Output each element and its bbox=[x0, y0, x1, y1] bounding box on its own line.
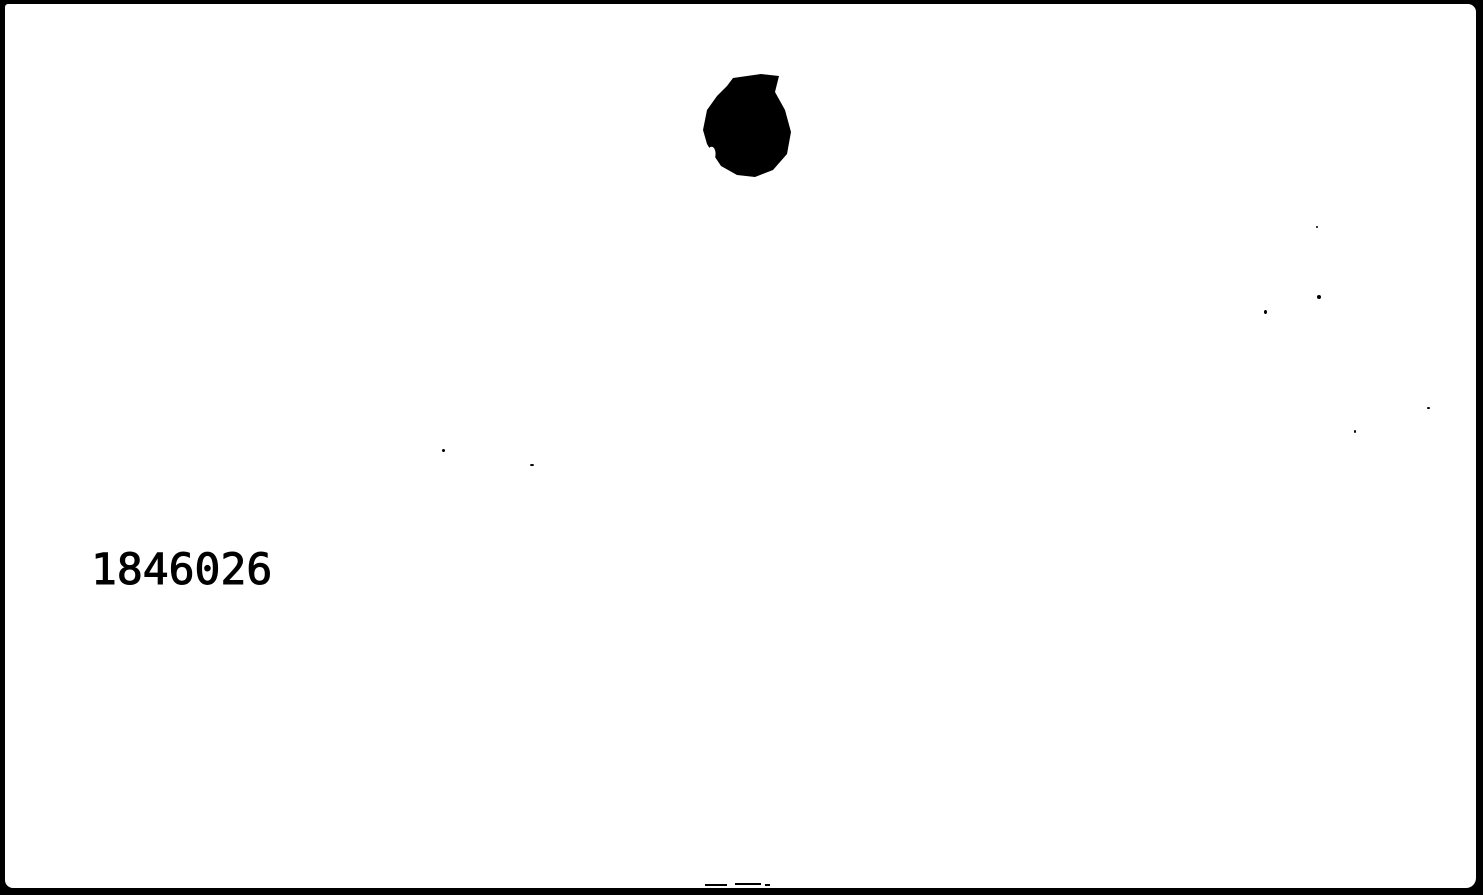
speck bbox=[530, 464, 534, 466]
speck bbox=[1316, 226, 1318, 228]
speck bbox=[1264, 310, 1267, 314]
speck bbox=[1317, 295, 1321, 299]
speck bbox=[1427, 407, 1430, 409]
edge-mark bbox=[705, 884, 727, 886]
speck bbox=[442, 449, 445, 452]
edge-mark bbox=[765, 884, 770, 886]
edge-mark bbox=[735, 883, 761, 885]
punch-hole-icon bbox=[703, 74, 791, 177]
index-card: 1846026 bbox=[5, 4, 1476, 888]
card-number: 1846026 bbox=[91, 549, 272, 592]
speck bbox=[1354, 430, 1356, 433]
